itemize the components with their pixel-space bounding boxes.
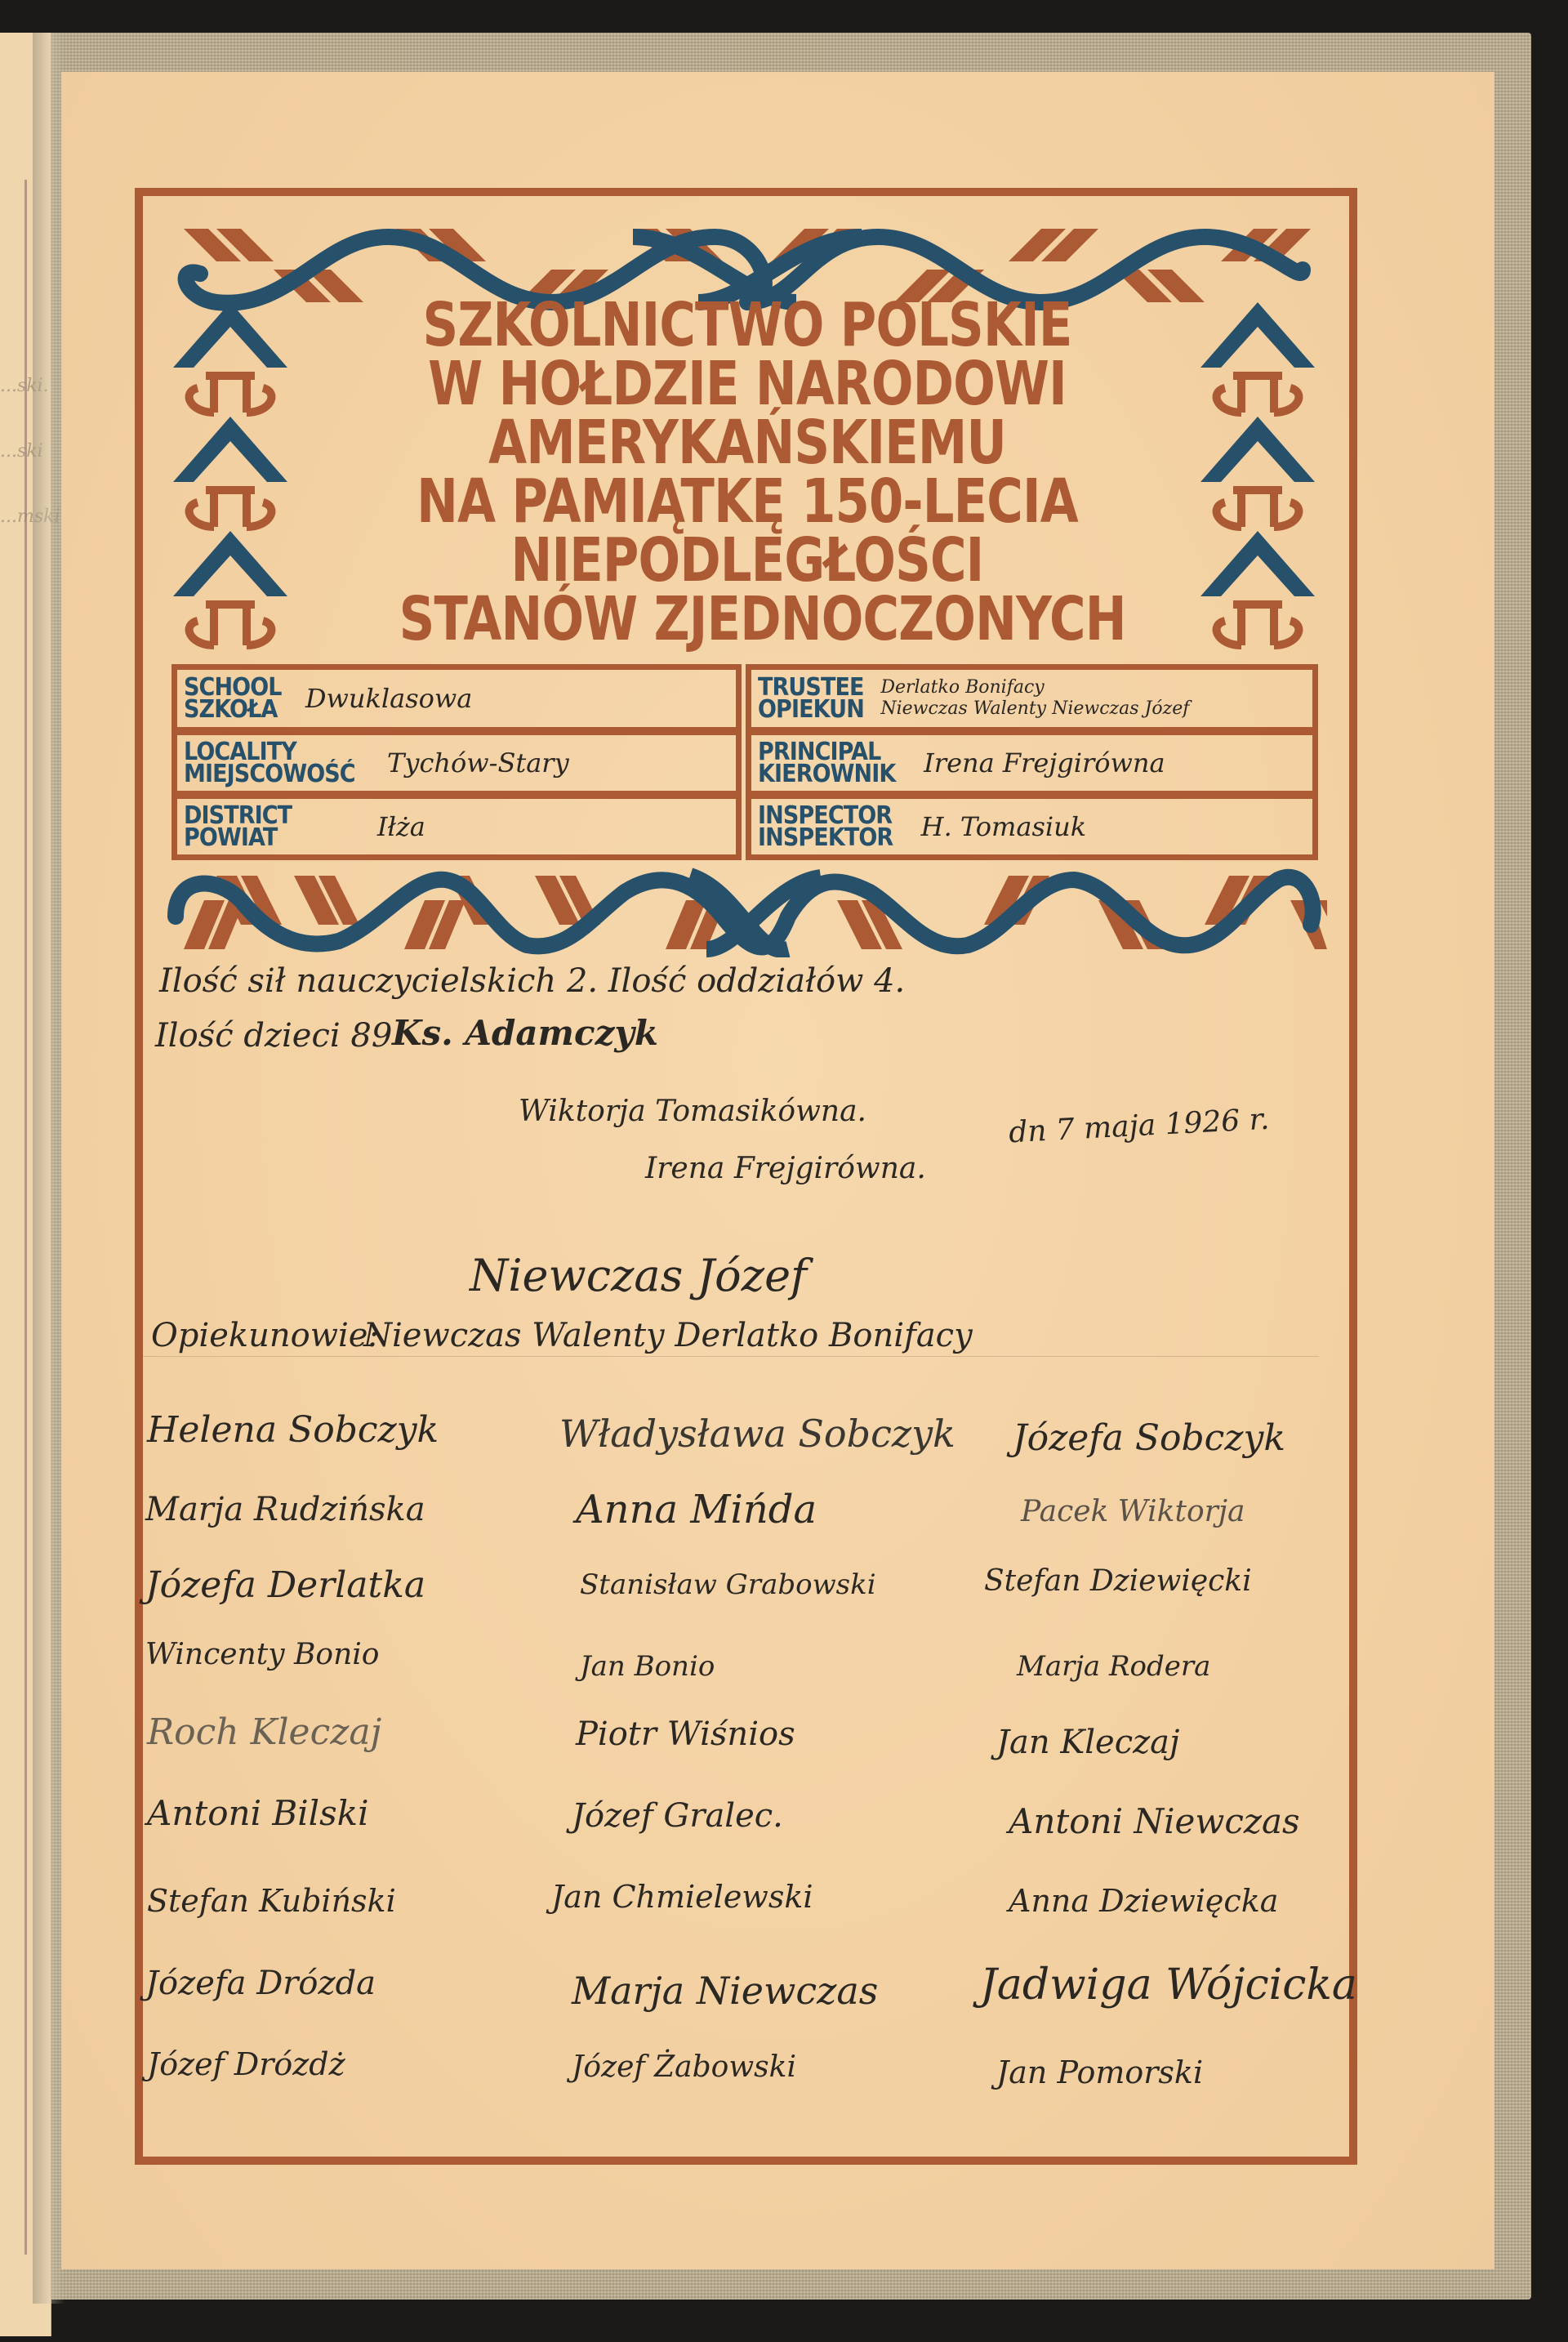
signature: Jan Chmielewski (551, 1879, 813, 1915)
title-line: W HOŁDZIE NARODOWI (399, 355, 1096, 413)
school-field: SCHOOLSZKOŁA Dwuklasowa (171, 664, 742, 733)
signature: Jan Pomorski (996, 2054, 1203, 2090)
principal-label: PRINCIPALKIEROWNIK (758, 741, 895, 785)
title-line: NA PAMIĄTKĘ 150-LECIA (399, 472, 1096, 531)
district-value: Iłża (377, 811, 425, 842)
signature: Marja Niewczas (572, 1969, 878, 2013)
left-side-ornament (173, 302, 287, 662)
children-count-note: Ilość dzieci 89 (155, 1017, 392, 1055)
signature: Józef Drózdż (147, 2046, 345, 2082)
commemorative-title: SZKOLNICTWO POLSKIE W HOŁDZIE NARODOWI A… (399, 296, 1096, 649)
signature: Józef Żabowski (572, 2050, 796, 2084)
signature: Marja Rudzińska (145, 1491, 425, 1528)
signature: Jan Kleczaj (996, 1724, 1179, 1761)
title-line: NIEPODLEGŁOŚCI (399, 531, 1096, 590)
signature: Antoni Bilski (147, 1793, 369, 1833)
signature: Anna Mińda (576, 1487, 817, 1532)
signature: Helena Sobczyk (147, 1409, 439, 1451)
signature: Jadwiga Wójcicka (980, 1961, 1357, 2010)
signature: Piotr Wiśnios (576, 1715, 795, 1753)
signature: Józefa Sobczyk (1013, 1417, 1285, 1459)
right-side-ornament (1200, 302, 1315, 662)
trustee-value: Derlatko Bonifacy Niewczas Walenty Niewc… (880, 677, 1189, 720)
locality-value: Tychów-Stary (387, 747, 569, 778)
ruled-line (143, 1356, 1319, 1357)
trustee-label: TRUSTEEOPIEKUN (758, 676, 864, 720)
district-label: DISTRICTPOWIAT (184, 805, 292, 849)
signature: Stefan Dziewięcki (984, 1564, 1252, 1598)
signature: Anna Dziewięcka (1009, 1883, 1278, 1919)
left-page-border (24, 180, 27, 2255)
signature: Józef Gralec. (572, 1797, 783, 1835)
signature: Jan Bonio (580, 1650, 715, 1683)
principal-field: PRINCIPALKIEROWNIK Irena Frejgirówna (746, 729, 1318, 796)
signature: Stanisław Grabowski (580, 1568, 876, 1601)
signature: Wincenty Bonio (145, 1638, 379, 1671)
signature: Józefa Drózda (145, 1965, 376, 2002)
district-field: DISTRICTPOWIAT Iłża (171, 793, 742, 860)
inspector-value: H. Tomasiuk (921, 811, 1086, 842)
inspector-label: INSPECTORINSPEKTOR (758, 805, 893, 849)
locality-field: LOCALITYMIEJSCOWOŚĆ Tychów-Stary (171, 729, 742, 796)
title-line: AMERYKAŃSKIEMU (399, 413, 1096, 472)
principal-value: Irena Frejgirówna (924, 747, 1165, 778)
signature: Józefa Derlatka (145, 1564, 425, 1606)
signature: Roch Kleczaj (147, 1711, 381, 1753)
guardians-names: Niewczas Walenty Derlatko Bonifacy (363, 1317, 973, 1354)
signature: Władysława Sobczyk (559, 1412, 955, 1456)
signature: Antoni Niewczas (1009, 1801, 1300, 1841)
school-info-table: SCHOOLSZKOŁA Dwuklasowa LOCALITYMIEJSCOW… (171, 664, 1318, 860)
teacher-signature-1: Wiktorja Tomasikówna. (519, 1095, 866, 1128)
school-label: SCHOOLSZKOŁA (184, 676, 282, 720)
guardians-label: Opiekunowie: (151, 1317, 379, 1354)
book-gutter (33, 33, 65, 2304)
staff-count-note: Ilość sił nauczycielskich 2. Ilość oddzi… (159, 962, 905, 1000)
priest-signature: Ks. Adamczyk (392, 1013, 658, 1053)
signature: Marja Rodera (1017, 1650, 1210, 1683)
signatures-heading: Niewczas Józef (470, 1250, 807, 1301)
signature: Pacek Wiktorja (1021, 1495, 1245, 1528)
trustee-field: TRUSTEEOPIEKUN Derlatko Bonifacy Niewcza… (746, 664, 1318, 733)
inspector-field: INSPECTORINSPEKTOR H. Tomasiuk (746, 793, 1318, 860)
bottom-wave-ornament (167, 868, 1327, 957)
signature: Stefan Kubiński (147, 1883, 396, 1919)
title-line: STANÓW ZJEDNOCZONYCH (399, 590, 1096, 649)
school-value: Dwuklasowa (305, 683, 473, 714)
teacher-signature-2: Irena Frejgirówna. (645, 1152, 926, 1185)
title-line: SZKOLNICTWO POLSKIE (399, 296, 1096, 355)
locality-label: LOCALITYMIEJSCOWOŚĆ (184, 741, 355, 785)
